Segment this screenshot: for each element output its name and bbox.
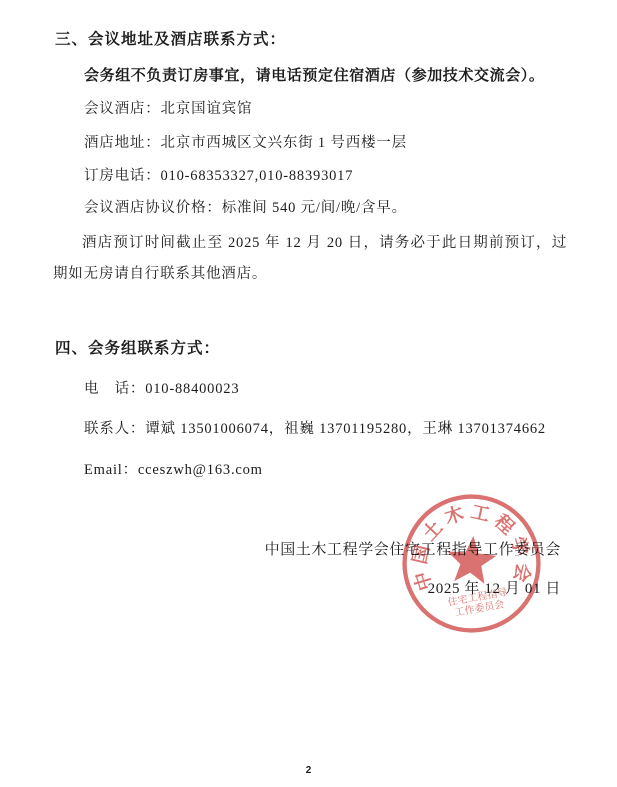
signature-date: 2025 年 12 月 01 日 (428, 577, 561, 598)
section3-notice: 会务组不负责订房事宜，请电话预定住宿酒店（参加技术交流会）。 (84, 64, 545, 85)
section4-heading: 四、会务组联系方式： (55, 336, 220, 358)
seal-inner-text-line2: 工作委员会 (454, 597, 506, 619)
booking-deadline-paragraph: 酒店预订时间截止至 2025 年 12 月 20 日，请务必于此日期前预订，过期… (53, 228, 567, 290)
official-seal-stamp: 中国土木工程学会 住宅工程指导 工作委员会 (395, 487, 548, 640)
section3-heading: 三、会议地址及酒店联系方式： (55, 27, 286, 49)
contacts-line: 联系人：谭斌 13501006074，祖巍 13701195280，王琳 137… (84, 417, 546, 438)
seal-ring (395, 487, 548, 640)
email-line: Email：cceszwh@163.com (84, 458, 263, 479)
hotel-price-line: 会议酒店协议价格：标准间 540 元/间/晚/含早。 (84, 196, 407, 217)
booking-phone-line: 订房电话：010-68353327,010-88393017 (84, 164, 353, 185)
page-number: 2 (0, 765, 617, 776)
office-phone-line: 电 话：010-88400023 (84, 377, 239, 398)
signature-organization: 中国土木工程学会住宅工程指导工作委员会 (265, 538, 561, 559)
hotel-name-line: 会议酒店：北京国谊宾馆 (84, 97, 252, 118)
hotel-address-line: 酒店地址：北京市西城区文兴东街 1 号西楼一层 (84, 131, 407, 152)
document-page: 三、会议地址及酒店联系方式： 会务组不负责订房事宜，请电话预定住宿酒店（参加技术… (0, 0, 617, 787)
